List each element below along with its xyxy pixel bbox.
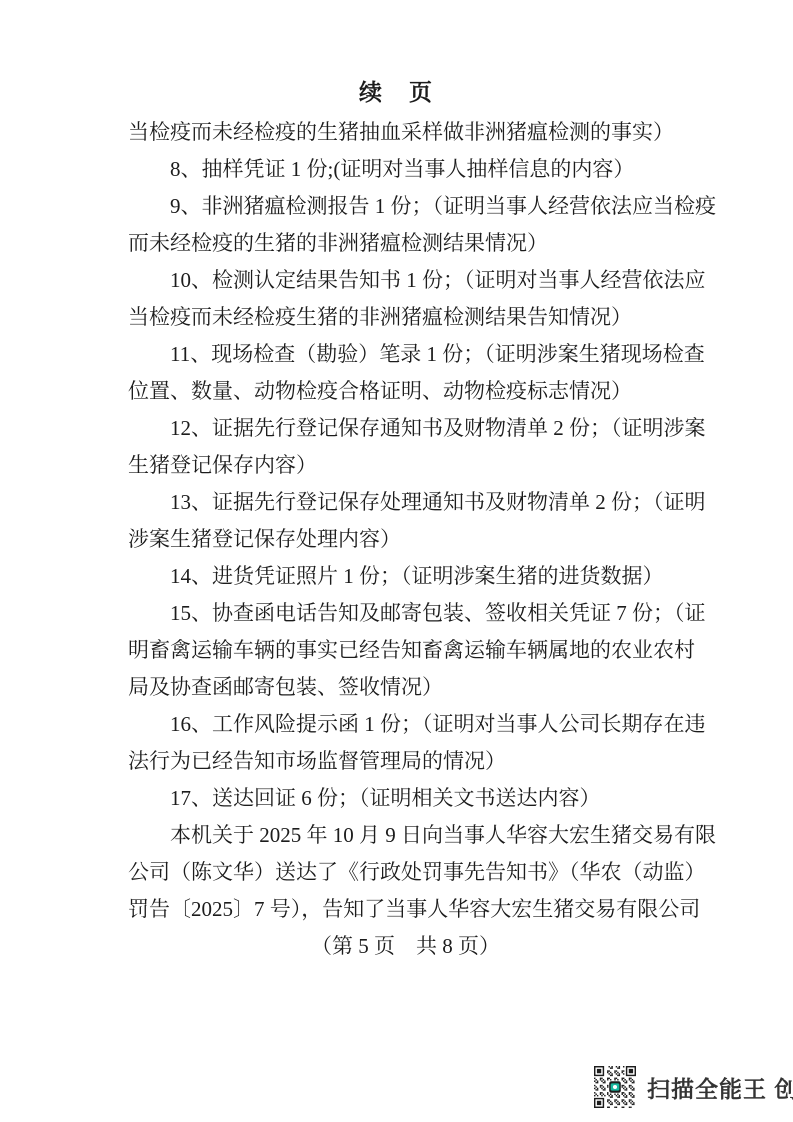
text-line: 明畜禽运输车辆的事实已经告知畜禽运输车辆属地的农业农村: [128, 632, 683, 669]
text-line: 本机关于 2025 年 10 月 9 日向当事人华容大宏生猪交易有限: [128, 817, 683, 854]
text-line: 生猪登记保存内容）: [128, 447, 683, 484]
text-line: 10、检测认定结果告知书 1 份；（证明对当事人经营依法应: [128, 262, 683, 299]
page-number-line: （第 5 页 共 8 页）: [128, 928, 683, 965]
text-line: 而未经检疫的生猪的非洲猪瘟检测结果情况）: [128, 225, 683, 262]
camscanner-watermark-label: 扫描全能王 创建: [647, 1071, 793, 1104]
document-body: 当检疫而未经检疫的生猪抽血采样做非洲猪瘟检测的事实）8、抽样凭证 1 份;(证明…: [0, 114, 793, 965]
qr-code-icon: [594, 1066, 636, 1108]
text-line: 当检疫而未经检疫的生猪抽血采样做非洲猪瘟检测的事实）: [128, 114, 683, 151]
text-line: 罚告〔2025〕7 号），告知了当事人华容大宏生猪交易有限公司: [128, 891, 683, 928]
text-line: 14、进货凭证照片 1 份；（证明涉案生猪的进货数据）: [128, 558, 683, 595]
text-line: 15、协查函电话告知及邮寄包装、签收相关凭证 7 份；（证: [128, 595, 683, 632]
text-line: 13、证据先行登记保存处理通知书及财物清单 2 份；（证明: [128, 484, 683, 521]
text-line: 涉案生猪登记保存处理内容）: [128, 521, 683, 558]
text-line: 当检疫而未经检疫生猪的非洲猪瘟检测结果告知情况）: [128, 299, 683, 336]
text-line: 法行为已经告知市场监督管理局的情况）: [128, 743, 683, 780]
page-title: 续 页: [0, 74, 793, 107]
camscanner-watermark: 扫描全能王 创建: [594, 1066, 793, 1108]
text-line: 8、抽样凭证 1 份;(证明对当事人抽样信息的内容）: [128, 151, 683, 188]
text-line: 16、工作风险提示函 1 份；（证明对当事人公司长期存在违: [128, 706, 683, 743]
text-line: 17、送达回证 6 份；（证明相关文书送达内容）: [128, 780, 683, 817]
scanned-document-page: 续 页 当检疫而未经检疫的生猪抽血采样做非洲猪瘟检测的事实）8、抽样凭证 1 份…: [0, 0, 793, 1122]
text-line: 12、证据先行登记保存通知书及财物清单 2 份；（证明涉案: [128, 410, 683, 447]
text-line: 局及协查函邮寄包装、签收情况）: [128, 669, 683, 706]
text-line: 11、现场检查（勘验）笔录 1 份；（证明涉案生猪现场检查: [128, 336, 683, 373]
text-line: 位置、数量、动物检疫合格证明、动物检疫标志情况）: [128, 373, 683, 410]
text-line: 公司（陈文华）送达了《行政处罚事先告知书》（华农（动监）: [128, 854, 683, 891]
text-line: 9、非洲猪瘟检测报告 1 份；（证明当事人经营依法应当检疫: [128, 188, 683, 225]
